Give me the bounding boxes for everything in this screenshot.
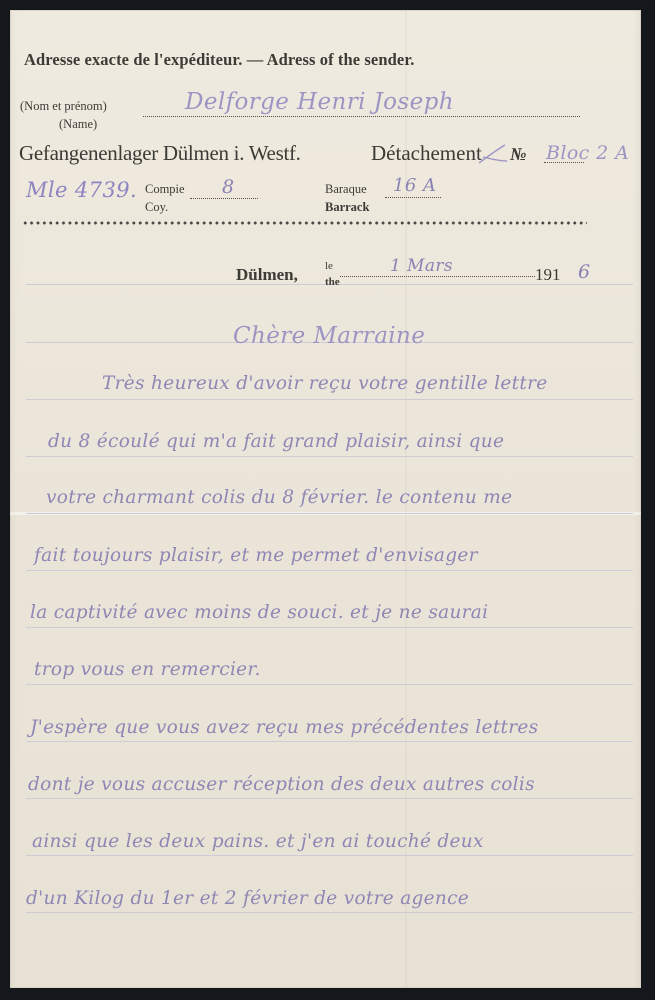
date-label-en: the (325, 276, 340, 288)
letter-line: votre charmant colis du 8 février. le co… (46, 487, 512, 508)
letter-sheet: Adresse exacte de l'expéditeur. — Adress… (10, 10, 641, 988)
date-dotted-line (340, 276, 535, 277)
detachment-strikethrough (475, 143, 509, 165)
ruled-line (26, 798, 633, 799)
barrack-number: 16 A (393, 175, 436, 196)
ruled-line (26, 627, 633, 628)
company-label-fr: Compie (145, 182, 185, 197)
sender-address-title: Adresse exacte de l'expéditeur. — Adress… (24, 50, 414, 70)
sender-name: Delforge Henri Joseph (185, 89, 454, 115)
letter-line: J'espère que vous avez reçu mes précéden… (30, 717, 538, 738)
company-dotted-line (190, 198, 258, 199)
header-dotted-separator (22, 221, 587, 225)
salutation: Chère Marraine (233, 323, 425, 349)
matricule-number: Mle 4739. (26, 178, 137, 202)
year-digit: 6 (578, 261, 591, 283)
camp-name: Gefangenenlager Dülmen i. Westf. (19, 141, 301, 166)
letter-line: ainsi que les deux pains. et j'en ai tou… (32, 831, 484, 852)
barrack-dotted-line (385, 197, 441, 198)
letter-date: 1 Mars (390, 256, 453, 276)
name-label-fr: (Nom et prénom) (20, 99, 107, 114)
detachment-label: Détachement (371, 141, 482, 166)
letter-line: fait toujours plaisir, et me permet d'en… (34, 545, 478, 566)
name-dotted-line (143, 116, 580, 117)
letter-line: du 8 écoulé qui m'a fait grand plaisir, … (48, 431, 504, 452)
letter-line: d'un Kilog du 1er et 2 février de votre … (26, 888, 469, 909)
barrack-label-en: Barrack (325, 200, 369, 215)
ruled-line (26, 399, 633, 400)
ruled-line (26, 684, 633, 685)
company-label-en: Coy. (145, 200, 168, 215)
place-name: Dülmen, (236, 265, 298, 285)
date-label-fr: le (325, 260, 333, 272)
letter-line: dont je vous accuser réception des deux … (28, 774, 535, 795)
letter-line: la captivité avec moins de souci. et je … (30, 602, 488, 623)
ruled-line (26, 456, 633, 457)
year-prefix: 191 (535, 265, 561, 285)
ruled-line (26, 855, 633, 856)
ruled-line (26, 513, 633, 514)
name-label-en: (Name) (59, 117, 97, 132)
barrack-label-fr: Baraque (325, 182, 367, 197)
letter-line: Très heureux d'avoir reçu votre gentille… (102, 373, 547, 394)
number-sign: № (510, 144, 526, 165)
ruled-line (26, 741, 633, 742)
company-number: 8 (222, 176, 235, 198)
detachment-number: Bloc 2 A (546, 142, 629, 164)
letter-line: trop vous en remercier. (34, 659, 261, 680)
ruled-line (26, 912, 633, 913)
ruled-line (26, 570, 633, 571)
